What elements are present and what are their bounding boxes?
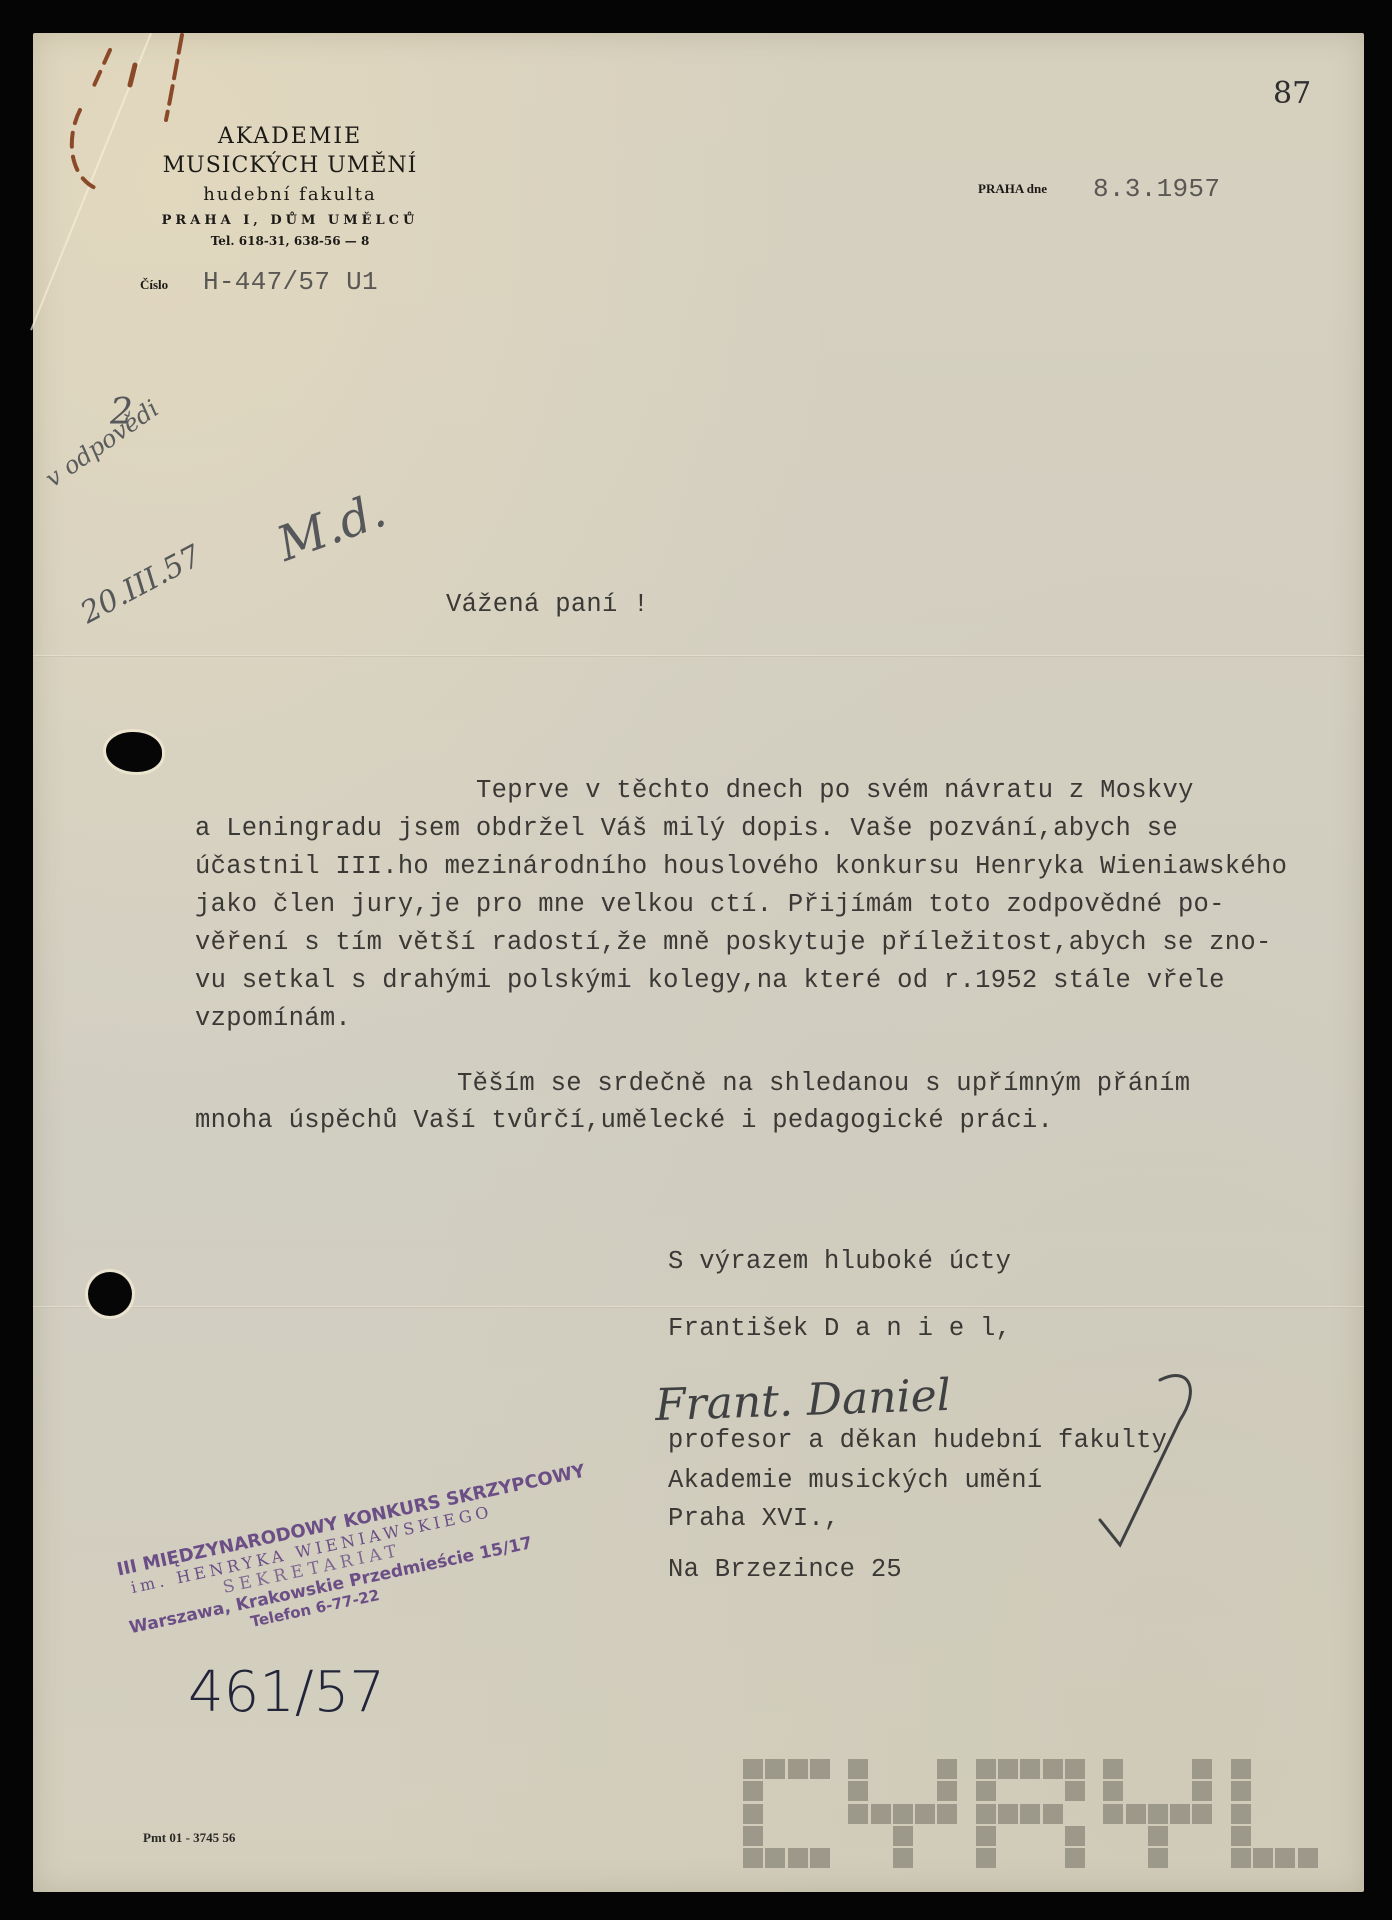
watermark-block bbox=[1043, 1804, 1063, 1824]
letterhead-academy: AKADEMIE bbox=[140, 124, 440, 149]
letterhead-address: PRAHA I, DŮM UMĚLCŮ bbox=[140, 213, 440, 228]
watermark-block bbox=[871, 1804, 891, 1824]
watermark-block bbox=[937, 1759, 957, 1779]
watermark-block bbox=[788, 1759, 808, 1779]
letterhead-faculty: hudební fakulta bbox=[140, 184, 440, 205]
signatory-title: profesor a děkan hudební fakulty bbox=[668, 1426, 1167, 1455]
watermark-block bbox=[788, 1848, 808, 1868]
watermark-block bbox=[998, 1804, 1018, 1824]
registry-number-handwritten: 461/57 bbox=[188, 1660, 385, 1725]
watermark-block bbox=[976, 1781, 996, 1801]
watermark-block bbox=[976, 1848, 996, 1868]
watermark-block bbox=[848, 1804, 868, 1824]
signatory-street: Na Brzezince 25 bbox=[668, 1555, 902, 1584]
body-line: vzpomínám. bbox=[195, 1004, 351, 1033]
watermark-block bbox=[810, 1759, 830, 1779]
fold-line-upper bbox=[33, 655, 1364, 657]
watermark-block bbox=[1043, 1759, 1063, 1779]
watermark-block bbox=[1103, 1804, 1123, 1824]
watermark-block bbox=[1275, 1848, 1295, 1868]
signatory-institution: Akademie musických umění bbox=[668, 1466, 1042, 1495]
watermark-block bbox=[743, 1781, 763, 1801]
watermark-block bbox=[743, 1804, 763, 1824]
punch-hole-lower bbox=[88, 1272, 132, 1316]
body-line: věření s tím větší radostí,že mně poskyt… bbox=[195, 928, 1272, 957]
body-line: účastnil III.ho mezinárodního houslového… bbox=[195, 852, 1287, 881]
watermark-block bbox=[937, 1804, 957, 1824]
watermark-block bbox=[1020, 1759, 1040, 1779]
watermark-block bbox=[1298, 1848, 1318, 1868]
watermark-block bbox=[1065, 1826, 1085, 1846]
valediction: S výrazem hluboké úcty bbox=[668, 1247, 1011, 1276]
watermark-block bbox=[998, 1759, 1018, 1779]
page-number-handwritten: 87 bbox=[1273, 76, 1311, 111]
signatory-name: František D a n i e l, bbox=[668, 1314, 1011, 1343]
watermark-block bbox=[1192, 1759, 1212, 1779]
watermark-block bbox=[1231, 1848, 1251, 1868]
watermark-block bbox=[1231, 1781, 1251, 1801]
watermark-block bbox=[1148, 1826, 1168, 1846]
watermark-block bbox=[976, 1804, 996, 1824]
signature-flourish-icon bbox=[1040, 1360, 1200, 1560]
handwritten-signature: Frant. Daniel bbox=[654, 1370, 951, 1431]
watermark-block bbox=[893, 1848, 913, 1868]
fold-line-lower bbox=[33, 1306, 1364, 1308]
salutation: Vážená paní ! bbox=[446, 590, 649, 619]
punch-hole-upper bbox=[106, 732, 162, 772]
watermark-block bbox=[1148, 1804, 1168, 1824]
watermark-block bbox=[1148, 1848, 1168, 1868]
watermark-block bbox=[1231, 1826, 1251, 1846]
watermark-block bbox=[1065, 1781, 1085, 1801]
reference-label: Číslo bbox=[140, 277, 168, 293]
watermark-block bbox=[765, 1759, 785, 1779]
place-label: PRAHA dne bbox=[978, 181, 1047, 197]
watermark-block bbox=[1231, 1759, 1251, 1779]
watermark-block bbox=[1192, 1804, 1212, 1824]
body-line: Těším se srdečně na shledanou s upřímným… bbox=[457, 1069, 1190, 1098]
watermark-block bbox=[1231, 1804, 1251, 1824]
watermark-block bbox=[976, 1759, 996, 1779]
watermark-block bbox=[1253, 1848, 1273, 1868]
watermark-block bbox=[743, 1848, 763, 1868]
watermark-block bbox=[976, 1826, 996, 1846]
body-line: Teprve v těchto dnech po svém návratu z … bbox=[476, 776, 1194, 805]
watermark-block bbox=[848, 1781, 868, 1801]
letterhead-institution: MUSICKÝCH UMĚNÍ bbox=[140, 153, 440, 178]
watermark-block bbox=[810, 1848, 830, 1868]
watermark-block bbox=[1020, 1804, 1040, 1824]
watermark-block bbox=[1103, 1781, 1123, 1801]
watermark-block bbox=[743, 1759, 763, 1779]
letter-date: 8.3.1957 bbox=[1093, 174, 1220, 204]
watermark-block bbox=[743, 1826, 763, 1846]
watermark-block bbox=[765, 1848, 785, 1868]
print-code: Pmt 01 - 3745 56 bbox=[143, 1830, 235, 1846]
watermark-block bbox=[915, 1804, 935, 1824]
watermark-block bbox=[1065, 1759, 1085, 1779]
watermark-block bbox=[893, 1804, 913, 1824]
watermark-block bbox=[1065, 1848, 1085, 1868]
watermark-block bbox=[1126, 1804, 1146, 1824]
watermark-block bbox=[1192, 1781, 1212, 1801]
body-line: jako člen jury,je pro mne velkou ctí. Př… bbox=[195, 890, 1225, 919]
body-line: vu setkal s drahými polskými kolegy,na k… bbox=[195, 966, 1225, 995]
body-line: a Leningradu jsem obdržel Váš milý dopis… bbox=[195, 814, 1178, 843]
watermark-block bbox=[1170, 1804, 1190, 1824]
watermark-block bbox=[1103, 1759, 1123, 1779]
watermark-block bbox=[893, 1826, 913, 1846]
reference-number: H-447/57 U1 bbox=[203, 267, 378, 297]
letterhead-phone: Tel. 618-31, 638-56 — 8 bbox=[140, 234, 440, 248]
body-line: mnoha úspěchů Vaší tvůrčí,umělecké i ped… bbox=[195, 1106, 1053, 1135]
watermark-block bbox=[937, 1781, 957, 1801]
watermark-block bbox=[848, 1759, 868, 1779]
